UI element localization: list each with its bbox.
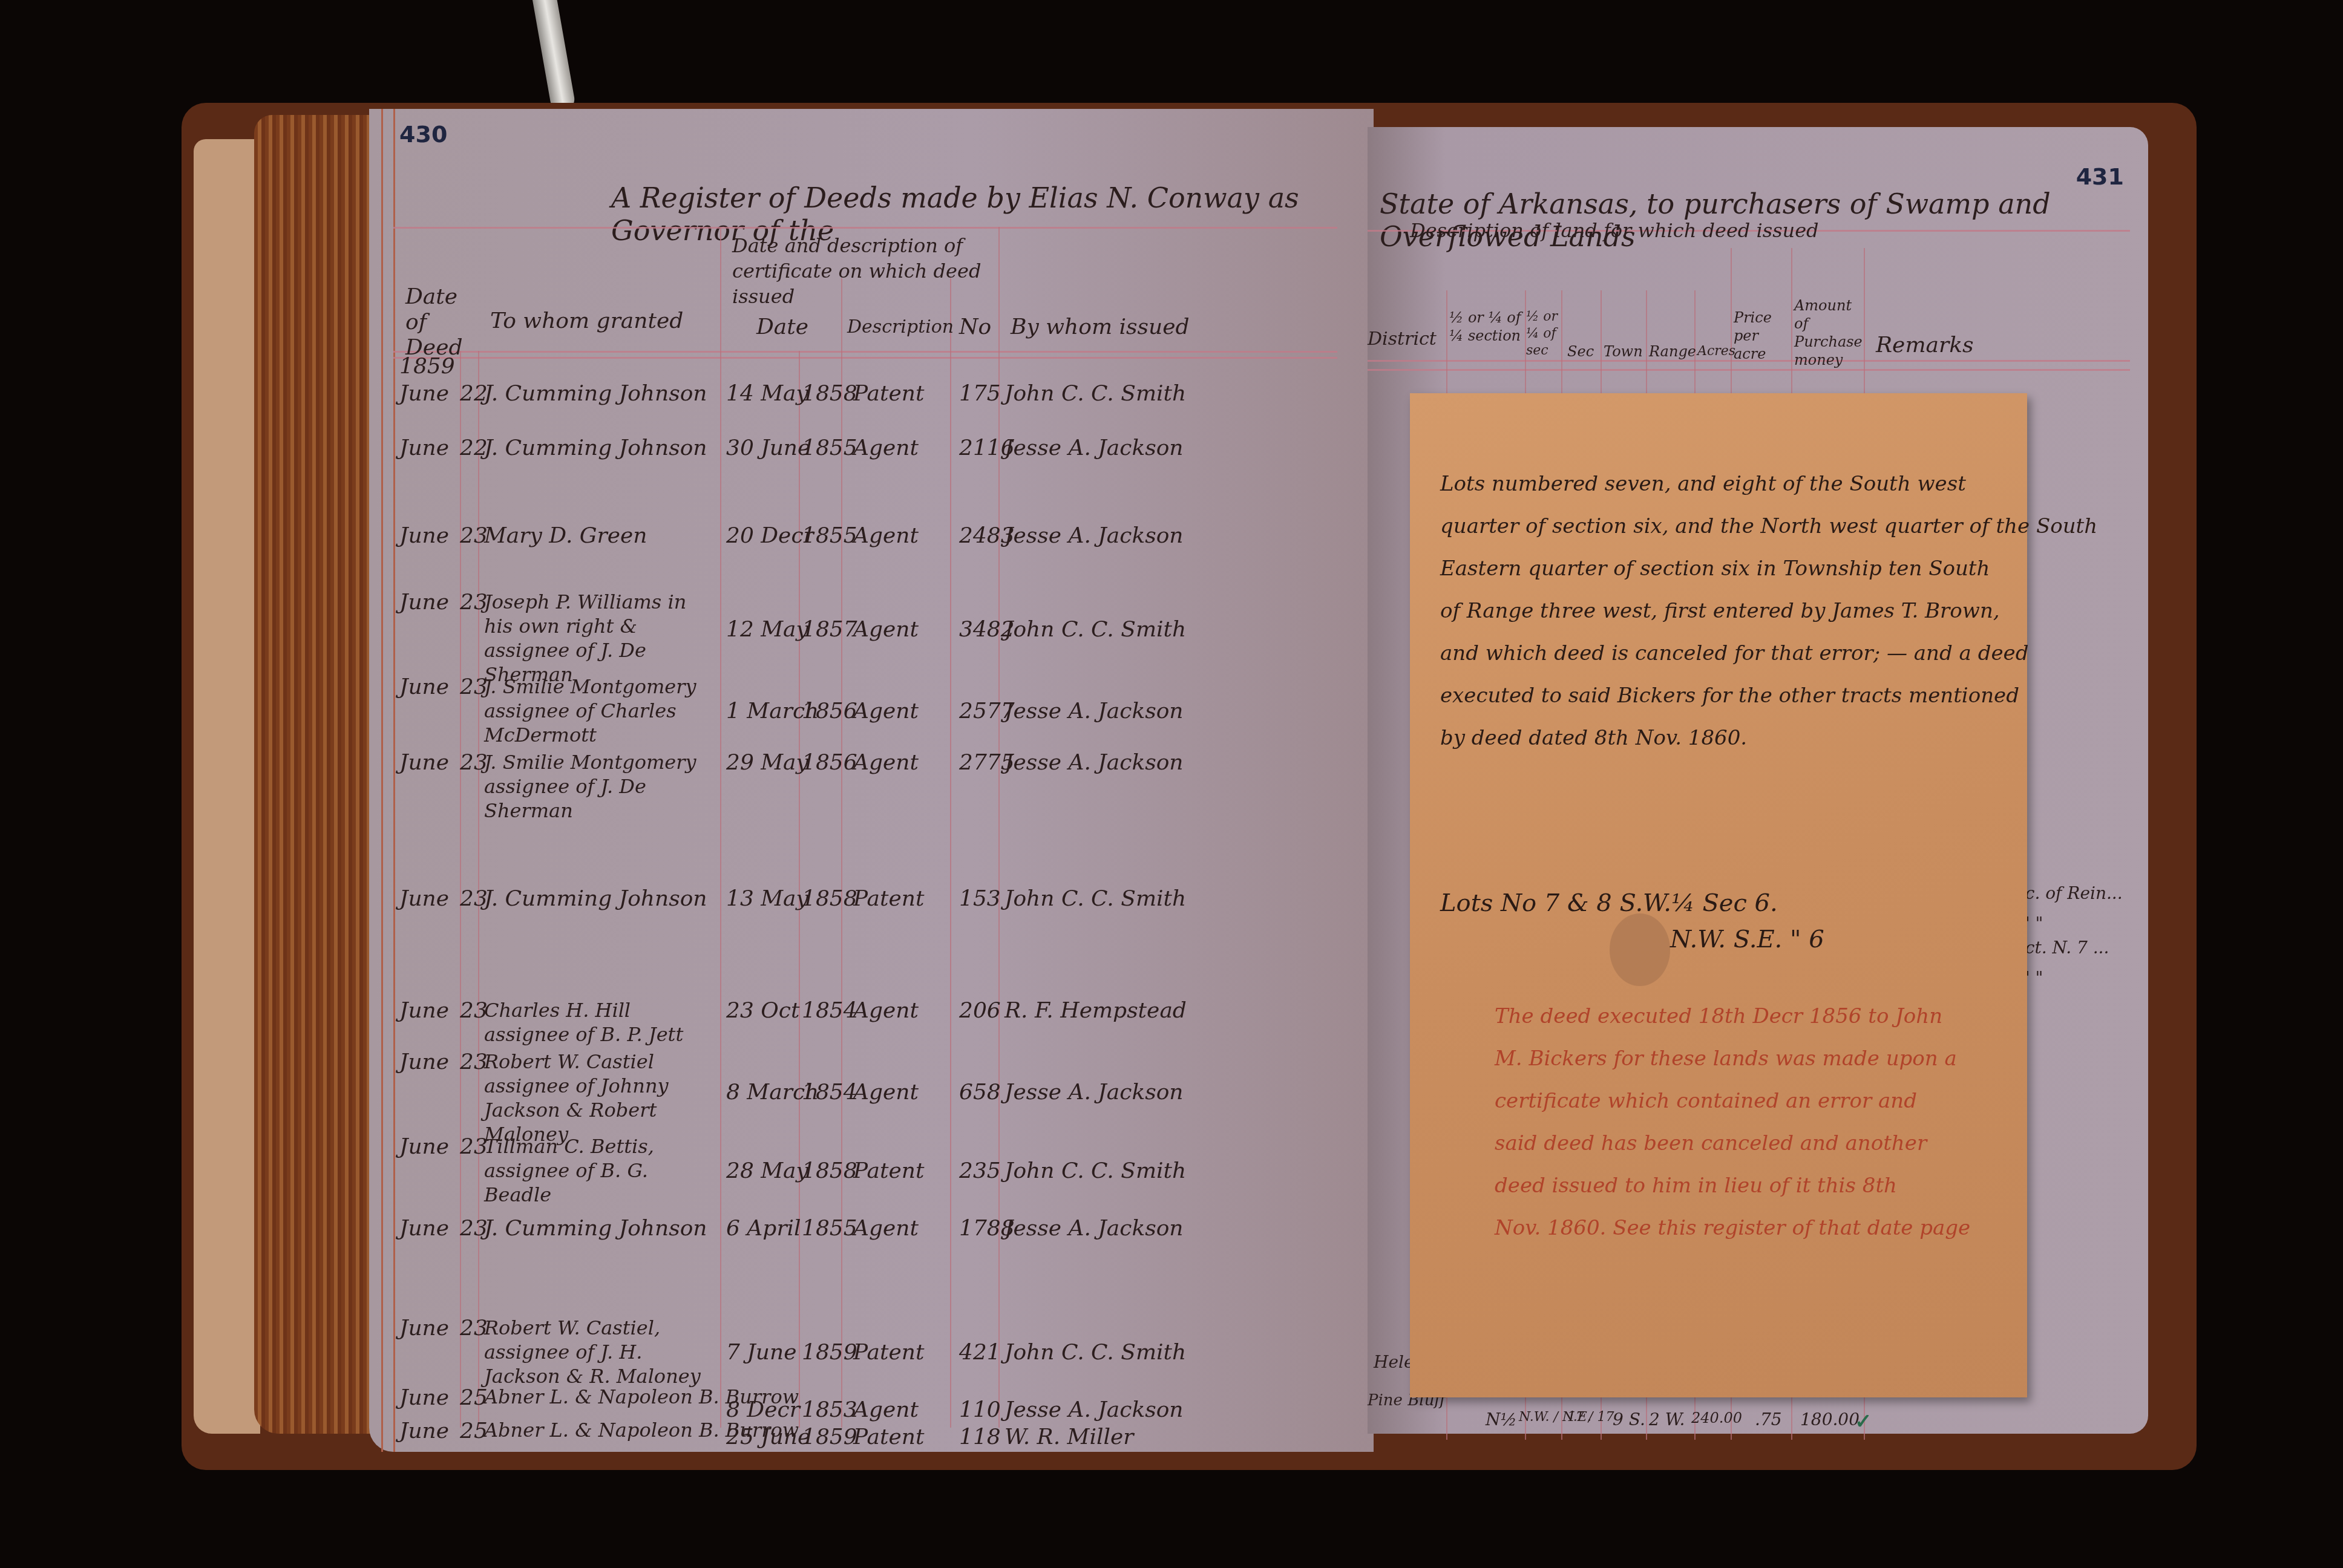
note-line: Lots numbered seven, and eight of the So…: [1440, 472, 1966, 496]
row-description: Agent: [853, 750, 919, 775]
header-quarter-section: ½ or ¼ of ¼ section: [1449, 309, 1522, 345]
row-issued-by: John C. C. Smith: [1004, 1158, 1186, 1183]
row-cert-year: 1856: [802, 699, 857, 724]
row-issued-by: John C. C. Smith: [1004, 381, 1186, 406]
header-amount: Amount of Purchase money: [1794, 296, 1861, 369]
row-description: Agent: [853, 1397, 919, 1422]
row-grantee: Tillman C. Bettis, assignee of B. G. Bea…: [484, 1134, 714, 1207]
header-certificate-group: Date and description of certificate on w…: [732, 233, 998, 309]
column-rule: [998, 227, 1000, 1428]
land-amount: 180.00: [1800, 1410, 1860, 1429]
row-cert-year: 1859: [802, 1340, 857, 1365]
row-day: 23: [460, 675, 488, 699]
row-day: 23: [460, 1134, 488, 1159]
row-cert-year: 1853: [802, 1397, 857, 1422]
row-day: 23: [460, 998, 488, 1023]
row-cert-year: 1855: [802, 1216, 857, 1241]
red-note-line: The deed executed 18th Decr 1856 to John: [1495, 1004, 1942, 1028]
row-grantee: J. Cumming Johnson: [484, 886, 707, 911]
row-cert-date: 14 May: [726, 381, 808, 406]
header-rule: [1368, 369, 2130, 371]
row-number: 235: [959, 1158, 1001, 1183]
row-number: 421: [959, 1340, 1001, 1365]
row-description: Patent: [853, 381, 925, 406]
lot-summary-line: Lots No 7 & 8 S.W.¼ Sec 6.: [1440, 889, 1778, 917]
margin-line: [381, 109, 383, 1452]
row-cert-date: 6 April: [726, 1216, 801, 1241]
header-date-of-deed: Date of Deed: [405, 284, 478, 361]
red-note-line: M. Bickers for these lands was made upon…: [1495, 1047, 1957, 1071]
red-note-line: certificate which contained an error and: [1495, 1089, 1917, 1113]
land-price: .75: [1755, 1410, 1782, 1429]
row-issued-by: W. R. Miller: [1004, 1425, 1134, 1449]
header-price-per-acre: Price per acre: [1734, 309, 1788, 363]
row-month: June: [399, 1134, 449, 1159]
row-day: 23: [460, 1216, 488, 1241]
row-issued-by: John C. C. Smith: [1004, 886, 1186, 911]
column-rule: [720, 227, 721, 1428]
row-number: 118: [959, 1425, 1001, 1449]
row-grantee: J. Smilie Montgomery assignee of Charles…: [484, 675, 714, 747]
open-ledger-book: 430 A Register of Deeds made by Elias N.…: [182, 91, 2197, 1482]
row-month: June: [399, 1316, 449, 1341]
row-description: Agent: [853, 617, 919, 642]
note-line: Eastern quarter of section six in Townsh…: [1440, 557, 1990, 581]
note-line: and which deed is canceled for that erro…: [1440, 641, 2028, 665]
row-number: 658: [959, 1080, 1001, 1105]
row-issued-by: Jesse A. Jackson: [1004, 1216, 1184, 1241]
row-issued-by: R. F. Hempstead: [1004, 998, 1187, 1023]
row-day: 25: [460, 1385, 488, 1410]
row-cert-year: 1855: [802, 523, 857, 548]
row-cert-year: 1858: [802, 381, 857, 406]
row-day: 23: [460, 886, 488, 911]
header-to-whom-granted: To whom granted: [490, 309, 683, 334]
row-cert-date: 28 May: [726, 1158, 808, 1183]
year-label: 1859: [399, 354, 455, 379]
row-description: Agent: [853, 436, 919, 460]
land-acres: 240.00: [1691, 1410, 1742, 1426]
row-cert-date: 30 June: [726, 436, 810, 460]
row-cert-year: 1855: [802, 436, 857, 460]
row-month: June: [399, 436, 449, 460]
left-page: 430 A Register of Deeds made by Elias N.…: [369, 109, 1374, 1452]
header-quarter-of-sec: ½ or ¼ of sec: [1526, 309, 1562, 359]
header-rule: [393, 227, 1337, 229]
stain: [1610, 913, 1670, 986]
row-cert-year: 1858: [802, 1158, 857, 1183]
row-description: Agent: [853, 998, 919, 1023]
header-remarks: Remarks: [1876, 333, 1974, 358]
row-grantee: Joseph P. Williams in his own right & as…: [484, 590, 714, 687]
row-cert-date: 20 Decr: [726, 523, 814, 548]
page-edge-outer: [194, 139, 260, 1434]
row-day: 23: [460, 1316, 488, 1341]
row-cert-date: 13 May: [726, 886, 808, 911]
row-cert-date: 23 Oct: [726, 998, 799, 1023]
row-number: 206: [959, 998, 1001, 1023]
header-rule: [393, 351, 1337, 353]
row-description: Agent: [853, 1080, 919, 1105]
row-description: Patent: [853, 886, 925, 911]
row-cert-year: 1856: [802, 750, 857, 775]
land-part: N½: [1486, 1410, 1517, 1429]
row-issued-by: Jesse A. Jackson: [1004, 523, 1184, 548]
column-rule: [950, 278, 951, 1428]
row-cert-date: 7 June: [726, 1340, 796, 1365]
land-range: 2 W.: [1649, 1410, 1685, 1429]
row-day: 23: [460, 1050, 488, 1074]
row-description: Agent: [853, 699, 919, 724]
page-edge-stack: [254, 115, 375, 1434]
row-day: 25: [460, 1419, 488, 1443]
header-land-group: Description of land for which deed issue…: [1410, 218, 1819, 243]
header-no: No: [959, 315, 991, 340]
row-cert-year: 1857: [802, 617, 857, 642]
page-number: 430: [399, 121, 447, 148]
row-issued-by: Jesse A. Jackson: [1004, 699, 1184, 724]
check-mark-icon: ✓: [1855, 1410, 1872, 1434]
land-town: 9 S.: [1613, 1410, 1645, 1429]
row-cert-year: 1858: [802, 886, 857, 911]
row-grantee: J. Cumming Johnson: [484, 1216, 707, 1241]
row-month: June: [399, 1216, 449, 1241]
header-description: Description: [847, 315, 954, 340]
row-grantee: Mary D. Green: [484, 523, 647, 548]
red-note-line: said deed has been canceled and another: [1495, 1131, 1927, 1155]
red-note-line: Nov. 1860. See this register of that dat…: [1495, 1216, 1970, 1240]
land-sec: 17 / 17: [1567, 1410, 1614, 1425]
row-month: June: [399, 590, 449, 615]
row-grantee: Robert W. Castiel, assignee of J. H. Jac…: [484, 1316, 714, 1388]
note-line: by deed dated 8th Nov. 1860.: [1440, 726, 1747, 750]
row-month: June: [399, 1385, 449, 1410]
header-by-whom-issued: By whom issued: [1011, 315, 1190, 340]
row-month: June: [399, 523, 449, 548]
row-number: 175: [959, 381, 1001, 406]
row-issued-by: John C. C. Smith: [1004, 617, 1186, 642]
row-grantee: Robert W. Castiel assignee of Johnny Jac…: [484, 1050, 714, 1146]
row-month: June: [399, 998, 449, 1023]
row-cert-date: 12 May: [726, 617, 808, 642]
row-month: June: [399, 886, 449, 911]
row-cert-date: 29 May: [726, 750, 808, 775]
row-issued-by: John C. C. Smith: [1004, 1340, 1186, 1365]
row-day: 23: [460, 590, 488, 615]
row-day: 22: [460, 436, 488, 460]
row-grantee: J. Smilie Montgomery assignee of J. De S…: [484, 750, 714, 823]
note-line: of Range three west, first entered by Ja…: [1440, 599, 2000, 623]
row-month: June: [399, 1050, 449, 1074]
row-issued-by: Jesse A. Jackson: [1004, 750, 1184, 775]
row-cert-year: 1854: [802, 998, 857, 1023]
row-month: June: [399, 675, 449, 699]
row-grantee: J. Cumming Johnson: [484, 381, 707, 406]
row-issued-by: Jesse A. Jackson: [1004, 1080, 1184, 1105]
pasted-note: Lots numbered seven, and eight of the So…: [1410, 393, 2027, 1397]
row-number: 110: [959, 1397, 1001, 1422]
row-description: Patent: [853, 1425, 925, 1449]
row-month: June: [399, 1419, 449, 1443]
row-day: 23: [460, 750, 488, 775]
header-acres: Acres: [1697, 339, 1735, 364]
header-date: Date: [756, 315, 808, 340]
note-line: executed to said Bickers for the other t…: [1440, 684, 2019, 708]
row-cert-date: 25 June: [726, 1425, 810, 1449]
margin-line: [393, 109, 395, 1452]
row-month: June: [399, 750, 449, 775]
header-range: Range: [1649, 339, 1696, 364]
row-description: Agent: [853, 1216, 919, 1241]
row-cert-year: 1854: [802, 1080, 857, 1105]
header-sec: Sec: [1567, 339, 1594, 364]
row-cert-year: 1859: [802, 1425, 857, 1449]
page-number: 431: [2076, 163, 2124, 190]
row-grantee: J. Cumming Johnson: [484, 436, 707, 460]
row-issued-by: Jesse A. Jackson: [1004, 1397, 1184, 1422]
row-month: June: [399, 381, 449, 406]
lot-summary-line: N.W. S.E. " 6: [1670, 926, 1824, 953]
row-day: 22: [460, 381, 488, 406]
header-rule: [393, 357, 1337, 359]
note-line: quarter of section six, and the North we…: [1440, 514, 2097, 538]
header-district: District: [1368, 327, 1437, 352]
row-number: 153: [959, 886, 1001, 911]
red-note-line: deed issued to him in lieu of it this 8t…: [1495, 1174, 1897, 1198]
row-description: Agent: [853, 523, 919, 548]
row-day: 23: [460, 523, 488, 548]
row-description: Patent: [853, 1340, 925, 1365]
row-grantee: Charles H. Hill assignee of B. P. Jett: [484, 998, 714, 1047]
row-issued-by: Jesse A. Jackson: [1004, 436, 1184, 460]
row-description: Patent: [853, 1158, 925, 1183]
header-town: Town: [1604, 339, 1643, 364]
